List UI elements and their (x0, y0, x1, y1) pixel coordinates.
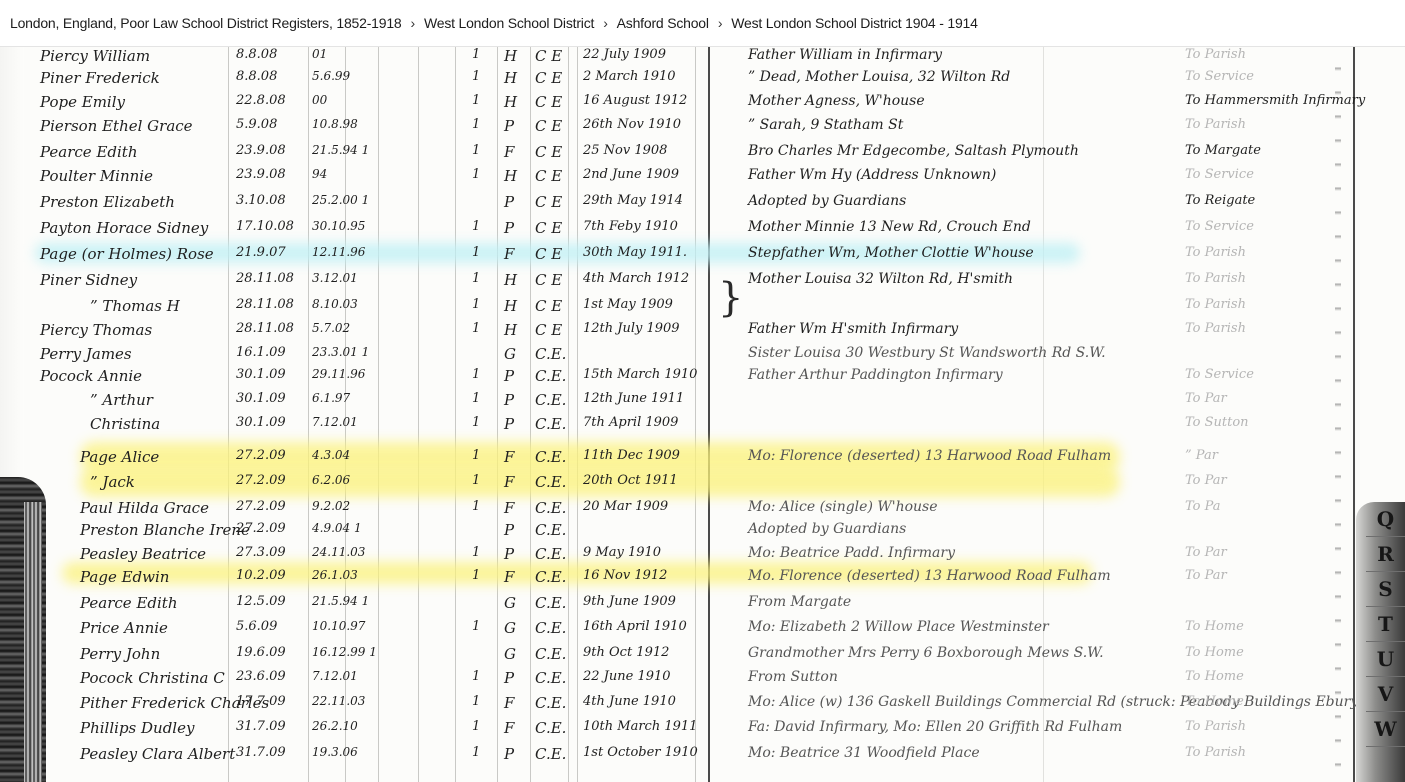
cell-born: 4.3.04 (312, 448, 350, 462)
cell-name: Page Alice (80, 448, 159, 466)
cell-admitted: 17.7.09 (236, 694, 286, 709)
cell-denom: C E (535, 245, 562, 263)
cell-discharged: 4th June 1910 (583, 694, 676, 709)
cell-denom: C.E. (535, 345, 566, 363)
cell-religion-code: F (504, 143, 514, 161)
cell-born: 6.2.06 (312, 473, 350, 487)
cell-denom: C.E. (535, 568, 566, 586)
cell-mark: 1 (472, 167, 480, 182)
register-row: Christina30.1.097.12.011PC.E.7th April 1… (0, 415, 1355, 439)
cell-denom: C.E. (535, 669, 566, 687)
cell-born: 21.5.94 1 (312, 143, 369, 157)
cell-denom: C E (535, 143, 562, 161)
cell-born: 8.10.03 (312, 297, 358, 311)
cell-born: 23.3.01 1 (312, 345, 369, 359)
cell-born: 24.11.03 (312, 545, 365, 559)
cell-particulars: From Margate (748, 594, 851, 610)
cell-name: Pearce Edith (40, 143, 138, 161)
cell-denom: C.E. (535, 719, 566, 737)
cell-religion-code: H (504, 93, 517, 111)
cell-admitted: 27.2.09 (236, 473, 286, 488)
cell-admitted: 5.9.08 (236, 117, 277, 132)
cell-disposal: To Margate (1185, 143, 1261, 158)
register-row: Payton Horace Sidney17.10.0830.10.951PC … (0, 219, 1355, 243)
register-row: Piner Sidney28.11.083.12.011HC E4th Marc… (0, 271, 1355, 295)
cell-mark: 1 (472, 245, 480, 260)
cell-denom: C.E. (535, 367, 566, 385)
cell-discharged: 2 March 1910 (583, 69, 676, 84)
cell-admitted: 31.7.09 (236, 745, 286, 760)
register-row: Piercy Thomas28.11.085.7.021HC E12th Jul… (0, 321, 1355, 345)
cell-disposal: To Parish (1185, 297, 1246, 312)
cell-mark: 1 (472, 545, 480, 560)
cell-disposal: To Par (1185, 568, 1227, 583)
cell-religion-code: F (504, 719, 514, 737)
cell-denom: C.E. (535, 694, 566, 712)
cell-born: 6.1.97 (312, 391, 350, 405)
cell-admitted: 28.11.08 (236, 271, 294, 286)
cell-religion-code: H (504, 271, 517, 289)
cell-born: 5.7.02 (312, 321, 350, 335)
breadcrumb: London, England, Poor Law School Distric… (0, 15, 978, 31)
cell-disposal: To Parish (1185, 47, 1246, 62)
cell-discharged: 9th June 1909 (583, 594, 676, 609)
register-row: Pither Frederick Charles17.7.0922.11.031… (0, 694, 1355, 718)
cell-disposal: To Parish (1185, 745, 1246, 760)
cell-admitted: 23.9.08 (236, 143, 286, 158)
cell-born: 10.8.98 (312, 117, 358, 131)
cell-name: Phillips Dudley (80, 719, 194, 737)
cell-disposal: To Home (1185, 669, 1244, 684)
cell-particulars: Father William in Infirmary (748, 47, 942, 63)
cell-religion-code: P (504, 745, 514, 763)
cell-name: ” Thomas H (90, 297, 180, 315)
cell-mark: 1 (472, 143, 480, 158)
register-row: Perry James16.1.0923.3.01 1GC.E.Sister L… (0, 345, 1355, 369)
cell-discharged: 22 June 1910 (583, 669, 671, 684)
index-tabs: QRSTUVW (1356, 502, 1405, 782)
cell-religion-code: F (504, 448, 514, 466)
cell-discharged: 1st October 1910 (583, 745, 698, 760)
breadcrumb-school[interactable]: Ashford School (617, 15, 709, 31)
cell-disposal: To Service (1185, 167, 1254, 182)
cell-disposal: To Parish (1185, 245, 1246, 260)
cell-name: Pierson Ethel Grace (40, 117, 193, 135)
cell-denom: C E (535, 117, 562, 135)
register-row: Price Annie5.6.0910.10.971GC.E.16th Apri… (0, 619, 1355, 643)
cell-admitted: 27.2.09 (236, 521, 286, 536)
cell-born: 94 (312, 167, 327, 181)
cell-name: Payton Horace Sidney (40, 219, 208, 237)
cell-born: 9.2.02 (312, 499, 350, 513)
index-tab-v: V (1366, 677, 1405, 712)
cell-admitted: 21.9.07 (236, 245, 286, 260)
register-row: Perry John19.6.0916.12.99 1GC.E.9th Oct … (0, 645, 1355, 669)
cell-denom: C E (535, 271, 562, 289)
cell-born: 3.12.01 (312, 271, 358, 285)
cell-particulars: ” Dead, Mother Louisa, 32 Wilton Rd (748, 69, 1010, 85)
cell-discharged: 22 July 1909 (583, 47, 666, 62)
register-row: Pocock Annie30.1.0929.11.961PC.E.15th Ma… (0, 367, 1355, 391)
cell-particulars: Sister Louisa 30 Westbury St Wandsworth … (748, 345, 1106, 361)
cell-discharged: 7th April 1909 (583, 415, 678, 430)
cell-name: Page (or Holmes) Rose (40, 245, 214, 263)
cell-name: Perry James (40, 345, 132, 363)
cell-name: Piercy William (40, 47, 150, 65)
cell-admitted: 8.8.08 (236, 69, 277, 84)
cell-born: 22.11.03 (312, 694, 365, 708)
cell-disposal: To Service (1185, 219, 1254, 234)
cell-denom: C E (535, 47, 562, 65)
cell-discharged: 1st May 1909 (583, 297, 673, 312)
cell-disposal: ” Par (1185, 448, 1218, 463)
cell-born: 26.1.03 (312, 568, 358, 582)
margin-marks (1335, 47, 1341, 782)
cell-mark: 1 (472, 745, 480, 760)
cell-admitted: 28.11.08 (236, 321, 294, 336)
brace-mark: } (718, 275, 743, 321)
register-row: Peasley Clara Albert31.7.0919.3.061PC.E.… (0, 745, 1355, 769)
cell-discharged: 12th June 1911 (583, 391, 684, 406)
cell-name: Christina (90, 415, 160, 433)
cell-particulars: ” Sarah, 9 Statham St (748, 117, 903, 133)
cell-denom: C.E. (535, 391, 566, 409)
cell-discharged: 20 Mar 1909 (583, 499, 668, 514)
cell-born: 30.10.95 (312, 219, 365, 233)
cell-denom: C.E. (535, 521, 566, 539)
cell-particulars: Adopted by Guardians (748, 193, 906, 209)
cell-particulars: Bro Charles Mr Edgecombe, Saltash Plymou… (748, 143, 1079, 159)
cell-mark: 1 (472, 499, 480, 514)
cell-mark: 1 (472, 415, 480, 430)
register-row: ” Jack27.2.096.2.061FC.E.20th Oct 1911To… (0, 473, 1355, 497)
chevron-right-icon: › (718, 15, 722, 31)
cell-discharged: 9th Oct 1912 (583, 645, 669, 660)
cell-religion-code: H (504, 167, 517, 185)
cell-denom: C.E. (535, 473, 566, 491)
cell-name: Peasley Clara Albert (80, 745, 235, 763)
register-row: ” Thomas H28.11.088.10.031HC E1st May 19… (0, 297, 1355, 321)
register-row: Poulter Minnie23.9.08941HC E2nd June 190… (0, 167, 1355, 191)
register-row: Page Alice27.2.094.3.041FC.E.11th Dec 19… (0, 448, 1355, 472)
cell-name: Price Annie (80, 619, 168, 637)
cell-discharged: 10th March 1911 (583, 719, 697, 734)
cell-denom: C.E. (535, 645, 566, 663)
cell-name: Piercy Thomas (40, 321, 152, 339)
cell-name: Poulter Minnie (40, 167, 153, 185)
cell-denom: C E (535, 193, 562, 211)
cell-born: 01 (312, 47, 327, 61)
cell-religion-code: P (504, 545, 514, 563)
register-page-scan: Piercy William8.8.08011HC E22 July 1909F… (0, 47, 1405, 782)
cell-name: Page Edwin (80, 568, 169, 586)
cell-name: Pearce Edith (80, 594, 178, 612)
register-row: Pocock Christina C23.6.097.12.011PC.E.22… (0, 669, 1355, 693)
cell-admitted: 27.2.09 (236, 448, 286, 463)
cell-religion-code: P (504, 117, 514, 135)
cell-denom: C E (535, 93, 562, 111)
cell-religion-code: H (504, 47, 517, 65)
cell-particulars: Mother Louisa 32 Wilton Rd, H'smith (748, 271, 1013, 287)
cell-mark: 1 (472, 568, 480, 583)
cell-religion-code: P (504, 415, 514, 433)
cell-denom: C.E. (535, 745, 566, 763)
cell-disposal: To Parish (1185, 271, 1246, 286)
cell-discharged: 16 August 1912 (583, 93, 687, 108)
index-tab-t: T (1366, 607, 1405, 642)
register-row: Preston Elizabeth3.10.0825.2.00 1PC E29t… (0, 193, 1355, 217)
cell-admitted: 30.1.09 (236, 415, 286, 430)
cell-denom: C.E. (535, 448, 566, 466)
cell-born: 26.2.10 (312, 719, 358, 733)
cell-admitted: 30.1.09 (236, 367, 286, 382)
cell-mark: 1 (472, 93, 480, 108)
cell-admitted: 27.2.09 (236, 499, 286, 514)
cell-denom: C E (535, 297, 562, 315)
cell-name: ” Jack (90, 473, 135, 491)
cell-admitted: 19.6.09 (236, 645, 286, 660)
cell-mark: 1 (472, 367, 480, 382)
cell-discharged: 20th Oct 1911 (583, 473, 678, 488)
cell-born: 00 (312, 93, 327, 107)
cell-admitted: 22.8.08 (236, 93, 286, 108)
cell-disposal: To Parish (1185, 321, 1246, 336)
register-row: Peasley Beatrice27.3.0924.11.031PC.E.9 M… (0, 545, 1355, 569)
cell-mark: 1 (472, 448, 480, 463)
cell-particulars: Mother Agness, W'house (748, 93, 925, 109)
cell-born: 12.11.96 (312, 245, 365, 259)
cell-name: Perry John (80, 645, 160, 663)
cell-mark: 1 (472, 619, 480, 634)
register-row: Pearce Edith23.9.0821.5.94 11FC E25 Nov … (0, 143, 1355, 167)
register-row: Piner Frederick8.8.085.6.991HC E2 March … (0, 69, 1355, 93)
cell-disposal: To Service (1185, 367, 1254, 382)
index-tab-q: Q (1366, 502, 1405, 537)
index-tab-r: R (1366, 537, 1405, 572)
cell-discharged: 7th Feby 1910 (583, 219, 678, 234)
index-tab-w: W (1366, 712, 1405, 747)
cell-mark: 1 (472, 719, 480, 734)
register-row: Page (or Holmes) Rose21.9.0712.11.961FC … (0, 245, 1355, 269)
cell-disposal: To Par (1185, 473, 1227, 488)
cell-name: Paul Hilda Grace (80, 499, 209, 517)
cell-discharged: 26th Nov 1910 (583, 117, 681, 132)
cell-admitted: 5.6.09 (236, 619, 277, 634)
cell-religion-code: F (504, 499, 514, 517)
cell-discharged: 11th Dec 1909 (583, 448, 680, 463)
cell-religion-code: G (504, 645, 516, 663)
cell-religion-code: H (504, 69, 517, 87)
chevron-right-icon: › (603, 15, 607, 31)
cell-discharged: 16 Nov 1912 (583, 568, 667, 583)
cell-mark: 1 (472, 271, 480, 286)
cell-name: Pocock Annie (40, 367, 142, 385)
cell-denom: C E (535, 219, 562, 237)
cell-admitted: 28.11.08 (236, 297, 294, 312)
cell-disposal: To Home (1185, 645, 1244, 660)
cell-denom: C.E. (535, 415, 566, 433)
cell-admitted: 10.2.09 (236, 568, 286, 583)
cell-admitted: 23.9.08 (236, 167, 286, 182)
cell-particulars: Mo: Florence (deserted) 13 Harwood Road … (748, 448, 1111, 464)
cell-mark: 1 (472, 69, 480, 84)
cell-discharged: 25 Nov 1908 (583, 143, 667, 158)
cell-religion-code: P (504, 193, 514, 211)
cell-admitted: 16.1.09 (236, 345, 286, 360)
cell-admitted: 3.10.08 (236, 193, 286, 208)
cell-born: 16.12.99 1 (312, 645, 377, 659)
cell-denom: C E (535, 69, 562, 87)
cell-religion-code: G (504, 594, 516, 612)
cell-mark: 1 (472, 117, 480, 132)
cell-religion-code: P (504, 219, 514, 237)
cell-born: 21.5.94 1 (312, 594, 369, 608)
cell-mark: 1 (472, 219, 480, 234)
cell-particulars: Mo: Alice (w) 136 Gaskell Buildings Comm… (748, 694, 1405, 710)
cell-particulars: Adopted by Guardians (748, 521, 906, 537)
cell-admitted: 8.8.08 (236, 47, 277, 62)
cell-particulars: From Sutton (748, 669, 838, 685)
cell-discharged: 9 May 1910 (583, 545, 661, 560)
cell-particulars: Father Arthur Paddington Infirmary (748, 367, 1003, 383)
cell-disposal: To Parish (1185, 719, 1246, 734)
cell-admitted: 27.3.09 (236, 545, 286, 560)
cell-discharged: 29th May 1914 (583, 193, 683, 208)
cell-particulars: Mother Minnie 13 New Rd, Crouch End (748, 219, 1031, 235)
index-tab-s: S (1366, 572, 1405, 607)
cell-particulars: Mo: Beatrice Padd. Infirmary (748, 545, 955, 561)
cell-particulars: Fa: David Infirmary, Mo: Ellen 20 Griffi… (748, 719, 1122, 735)
cell-name: ” Arthur (90, 391, 153, 409)
cell-name: Piner Frederick (40, 69, 160, 87)
cell-denom: C E (535, 321, 562, 339)
cell-mark: 1 (472, 321, 480, 336)
cell-denom: C E (535, 167, 562, 185)
cell-religion-code: G (504, 619, 516, 637)
cell-religion-code: F (504, 568, 514, 586)
index-tab-u: U (1366, 642, 1405, 677)
cell-admitted: 30.1.09 (236, 391, 286, 406)
cell-name: Preston Blanche Irene (80, 521, 250, 539)
cell-particulars: Mo: Alice (single) W'house (748, 499, 938, 515)
cell-religion-code: H (504, 297, 517, 315)
register-row: Phillips Dudley31.7.0926.2.101FC.E.10th … (0, 719, 1355, 743)
cell-particulars: Grandmother Mrs Perry 6 Boxborough Mews … (748, 645, 1104, 661)
cell-particulars: Mo: Elizabeth 2 Willow Place Westminster (748, 619, 1049, 635)
cell-born: 5.6.99 (312, 69, 350, 83)
cell-disposal: To Home (1185, 694, 1244, 709)
cell-particulars: Mo: Beatrice 31 Woodfield Place (748, 745, 980, 761)
cell-disposal: To Service (1185, 69, 1254, 84)
cell-mark: 1 (472, 473, 480, 488)
cell-disposal: To Parish (1185, 117, 1246, 132)
cell-mark: 1 (472, 47, 480, 62)
cell-born: 7.12.01 (312, 669, 358, 683)
cell-religion-code: P (504, 669, 514, 687)
cell-denom: C.E. (535, 619, 566, 637)
image-viewer[interactable]: Piercy William8.8.08011HC E22 July 1909F… (0, 47, 1405, 782)
register-row: Pearce Edith12.5.0921.5.94 1GC.E.9th Jun… (0, 594, 1355, 618)
cell-religion-code: F (504, 245, 514, 263)
cell-denom: C.E. (535, 545, 566, 563)
register-row: Pierson Ethel Grace5.9.0810.8.981PC E26t… (0, 117, 1355, 141)
cell-religion-code: P (504, 367, 514, 385)
register-row: Preston Blanche Irene27.2.094.9.04 1PC.E… (0, 521, 1355, 545)
cell-religion-code: H (504, 321, 517, 339)
register-row: Pope Emily22.8.08001HC E16 August 1912Mo… (0, 93, 1355, 117)
cell-religion-code: F (504, 473, 514, 491)
cell-disposal: To Pa (1185, 499, 1221, 514)
cell-disposal: To Par (1185, 391, 1227, 406)
register-row: Page Edwin10.2.0926.1.031FC.E.16 Nov 191… (0, 568, 1355, 592)
cell-admitted: 17.10.08 (236, 219, 294, 234)
cell-mark: 1 (472, 297, 480, 312)
cell-mark: 1 (472, 391, 480, 406)
top-bar: London, England, Poor Law School Distric… (0, 0, 1405, 47)
register-row: Paul Hilda Grace27.2.099.2.021FC.E.20 Ma… (0, 499, 1355, 523)
cell-name: Peasley Beatrice (80, 545, 206, 563)
cell-born: 25.2.00 1 (312, 193, 369, 207)
cell-particulars: Father Wm H'smith Infirmary (748, 321, 958, 337)
register-row: Piercy William8.8.08011HC E22 July 1909F… (0, 47, 1355, 71)
cell-admitted: 23.6.09 (236, 669, 286, 684)
cell-disposal: To Par (1185, 545, 1227, 560)
cell-disposal: To Reigate (1185, 193, 1255, 208)
cell-name: Pocock Christina C (80, 669, 225, 687)
cell-mark: 1 (472, 669, 480, 684)
cell-admitted: 12.5.09 (236, 594, 286, 609)
cell-discharged: 2nd June 1909 (583, 167, 679, 182)
cell-born: 10.10.97 (312, 619, 365, 633)
cell-disposal: To Sutton (1185, 415, 1249, 430)
cell-religion-code: F (504, 694, 514, 712)
cell-born: 29.11.96 (312, 367, 365, 381)
chevron-right-icon: › (411, 15, 415, 31)
cell-born: 19.3.06 (312, 745, 358, 759)
cell-name: Piner Sidney (40, 271, 137, 289)
cell-admitted: 31.7.09 (236, 719, 286, 734)
cell-born: 4.9.04 1 (312, 521, 362, 535)
cell-religion-code: P (504, 521, 514, 539)
cell-mark: 1 (472, 694, 480, 709)
cell-discharged: 30th May 1911. (583, 245, 687, 260)
cell-discharged: 16th April 1910 (583, 619, 687, 634)
cell-particulars: Stepfather Wm, Mother Clottie W'house (748, 245, 1034, 261)
cell-religion-code: P (504, 391, 514, 409)
cell-name: Preston Elizabeth (40, 193, 175, 211)
cell-born: 7.12.01 (312, 415, 358, 429)
cell-religion-code: G (504, 345, 516, 363)
cell-denom: C.E. (535, 594, 566, 612)
cell-particulars: Father Wm Hy (Address Unknown) (748, 167, 996, 183)
breadcrumb-register-volume[interactable]: West London School District 1904 - 1914 (731, 15, 977, 31)
cell-disposal: To Home (1185, 619, 1244, 634)
breadcrumb-district[interactable]: West London School District (424, 15, 594, 31)
cell-discharged: 4th March 1912 (583, 271, 689, 286)
cell-discharged: 15th March 1910 (583, 367, 697, 382)
cell-name: Pope Emily (40, 93, 125, 111)
cell-discharged: 12th July 1909 (583, 321, 680, 336)
breadcrumb-collection[interactable]: London, England, Poor Law School Distric… (10, 15, 402, 31)
register-row: ” Arthur30.1.096.1.971PC.E.12th June 191… (0, 391, 1355, 415)
cell-particulars: Mo. Florence (deserted) 13 Harwood Road … (748, 568, 1111, 584)
cell-denom: C.E. (535, 499, 566, 517)
